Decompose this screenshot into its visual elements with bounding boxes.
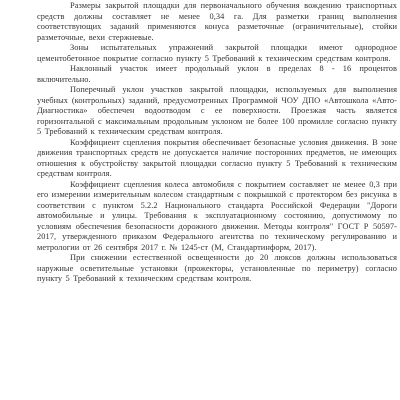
paragraph-lighting: При снижении естественной освещенности д… <box>37 253 397 285</box>
paragraph-grip-coefficient-safety: Коэффициент сцепления покрытия обеспечив… <box>37 138 397 180</box>
paragraph-incline-section: Наклонный участок имеет продольный уклон… <box>37 64 397 85</box>
paragraph-cross-slope: Поперечный уклон участков закрытой площа… <box>37 85 397 138</box>
document-page: Размеры закрытой площадки для первоначал… <box>0 0 400 400</box>
paragraph-dimensions: Размеры закрытой площадки для первоначал… <box>37 1 397 43</box>
paragraph-surface-zones: Зоны испытательных упражнений закрытой п… <box>37 43 397 64</box>
paragraph-grip-coefficient-gost: Коэффициент сцепления колеса автомобиля … <box>37 180 397 254</box>
document-text-block: Размеры закрытой площадки для первоначал… <box>37 1 397 285</box>
